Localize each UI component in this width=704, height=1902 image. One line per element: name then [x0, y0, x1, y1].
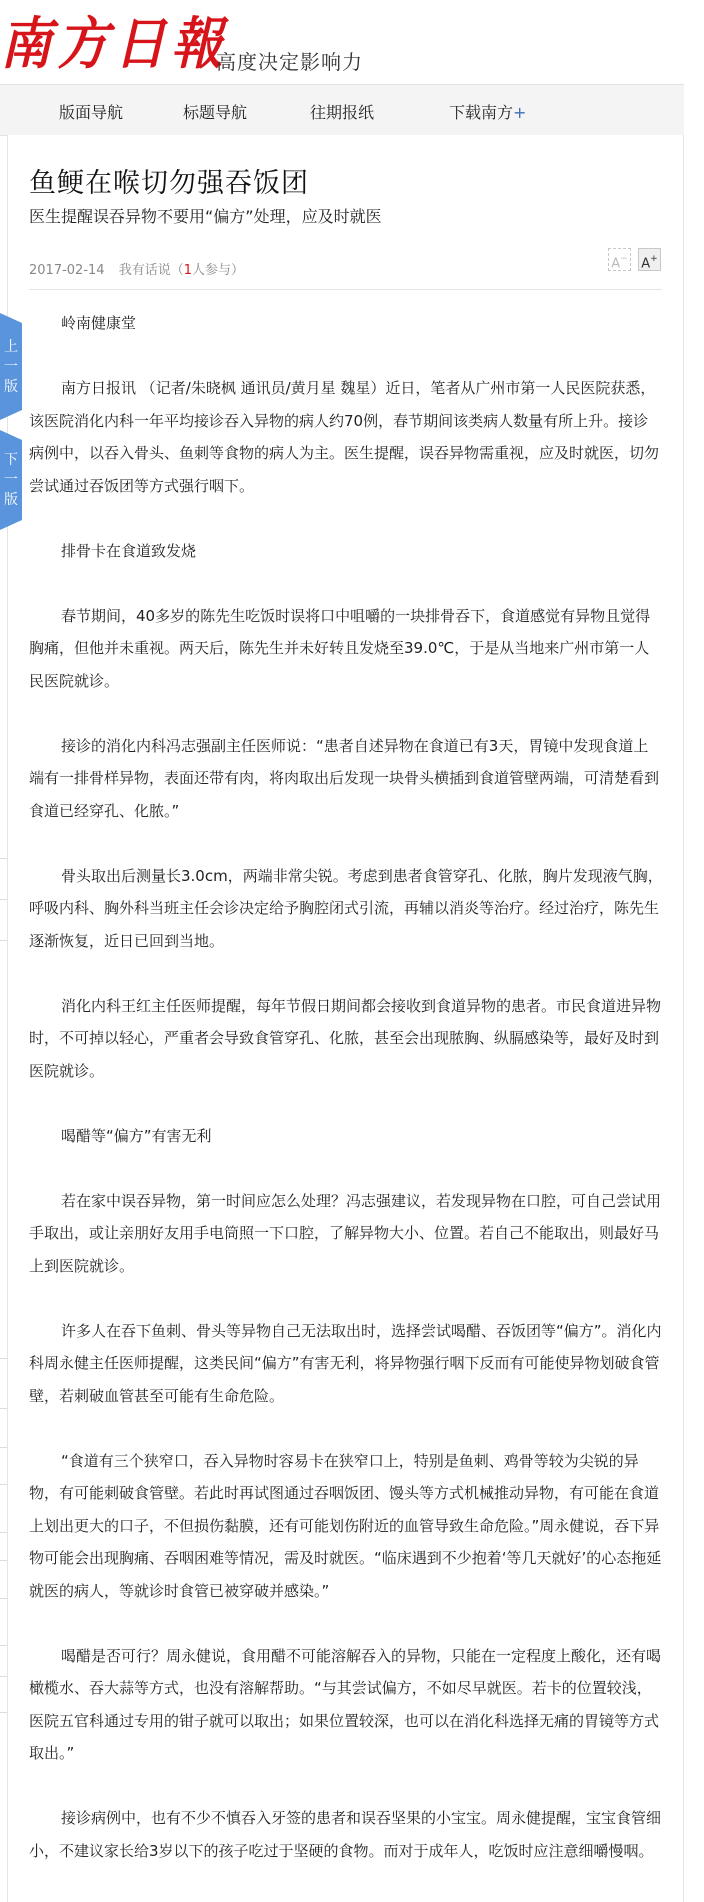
section-heading: 喝醋等“偏方”有害无利: [29, 1120, 663, 1153]
meta-divider: [29, 289, 662, 290]
increase-font-button[interactable]: A+: [638, 248, 661, 271]
publish-date: 2017-02-14: [29, 263, 105, 278]
left-edge-divider: [0, 1645, 7, 1646]
paragraph: 春节期间，40多岁的陈先生吃饭时误将口中咀嚼的一块排骨吞下，食道感觉有异物且觉得…: [29, 600, 663, 698]
left-edge-divider: [0, 1676, 7, 1677]
left-edge-divider: [0, 899, 7, 900]
font-increase-icon: A: [641, 256, 650, 271]
minus-sign: −: [620, 254, 628, 264]
top-nav: 版面导航 标题导航 往期报纸 下载南方+: [0, 84, 684, 136]
nav-item-past-issues[interactable]: 往期报纸: [310, 100, 374, 123]
left-edge-divider: [0, 940, 7, 941]
paragraph: 若在家中误吞异物，第一时间应怎么处理？冯志强建议，若发现异物在口腔，可自己尝试用…: [29, 1185, 663, 1283]
left-edge-divider: [0, 1532, 7, 1533]
paragraph: 骨头取出后测量长3.0cm，两端非常尖锐。考虑到患者食管穿孔、化脓，胸片发现液气…: [29, 860, 663, 958]
font-decrease-icon: A: [611, 256, 620, 271]
article-meta: 2017-02-14 我有话说（1人参与）: [29, 259, 244, 278]
left-edge-divider: [0, 1408, 7, 1409]
article-subtitle: 医生提醒误吞异物不要用“偏方”处理，应及时就医: [29, 204, 382, 227]
left-edge-divider: [0, 858, 7, 859]
decrease-font-button[interactable]: A−: [608, 248, 631, 271]
left-edge-divider: [0, 1712, 7, 1713]
next-page-tab[interactable]: 下 一 版: [0, 430, 22, 530]
article-title: 鱼鲠在喉切勿强吞饭团: [29, 161, 309, 200]
paragraph: 接诊的消化内科冯志强副主任医师说：“患者自述异物在食道已有3天，胃镜中发现食道上…: [29, 730, 663, 828]
comment-suffix: 人参与）: [192, 263, 244, 278]
nav-item-download-label: 下载南方: [449, 103, 513, 122]
nav-item-download-app[interactable]: 下载南方+: [449, 100, 526, 123]
site-slogan: 高度决定影响力: [216, 46, 363, 75]
article-container: 鱼鲠在喉切勿强吞饭团 医生提醒误吞异物不要用“偏方”处理，应及时就医 2017-…: [7, 135, 684, 1902]
tab-char: 版: [0, 377, 22, 397]
paragraph: “食道有三个狭窄口，吞入异物时容易卡在狭窄口上，特别是鱼刺、鸡骨等较为尖锐的异物…: [29, 1445, 663, 1608]
comment-count: 1: [184, 263, 192, 278]
section-heading: 排骨卡在食道致发烧: [29, 535, 663, 568]
paragraph: 许多人在吞下鱼刺、骨头等异物自己无法取出时，选择尝试喝醋、吞饭团等“偏方”。消化…: [29, 1315, 663, 1413]
left-edge-divider: [0, 1598, 7, 1599]
comment-prefix: 我有话说（: [119, 263, 184, 278]
tab-char: 下: [0, 450, 22, 470]
tab-char: 一: [0, 357, 22, 377]
article-body: 岭南健康堂 南方日报讯 （记者/朱晓枫 通讯员/黄月星 魏星）近日，笔者从广州市…: [29, 307, 663, 1900]
left-edge-divider: [0, 1560, 7, 1561]
tab-char: 一: [0, 470, 22, 490]
paragraph: 消化内科王红主任医师提醒，每年节假日期间都会接收到食道异物的患者。市民食道进异物…: [29, 990, 663, 1088]
comment-link[interactable]: 我有话说（1人参与）: [119, 263, 244, 278]
previous-page-tab[interactable]: 上 一 版: [0, 313, 22, 420]
tab-char: 版: [0, 490, 22, 510]
plus-sign: +: [650, 254, 658, 264]
column-name: 岭南健康堂: [29, 307, 663, 340]
newspaper-logo[interactable]: 南方日報: [0, 2, 228, 78]
left-edge-divider: [0, 1484, 7, 1485]
tab-char: 上: [0, 337, 22, 357]
plus-icon: +: [513, 103, 526, 122]
nav-item-headline-navigation[interactable]: 标题导航: [183, 100, 247, 123]
paragraph: 喝醋是否可行？周永健说，食用醋不可能溶解吞入的异物，只能在一定程度上酸化，还有喝…: [29, 1640, 663, 1770]
left-edge-divider: [0, 1447, 7, 1448]
paragraph: 接诊病例中，也有不少不慎吞入牙签的患者和误吞坚果的小宝宝。周永健提醒，宝宝食管细…: [29, 1802, 663, 1867]
site-header: 南方日報 高度决定影响力: [0, 0, 704, 85]
nav-item-page-navigation[interactable]: 版面导航: [59, 100, 123, 123]
left-edge-divider: [0, 1358, 7, 1359]
paragraph: 南方日报讯 （记者/朱晓枫 通讯员/黄月星 魏星）近日，笔者从广州市第一人民医院…: [29, 372, 663, 502]
